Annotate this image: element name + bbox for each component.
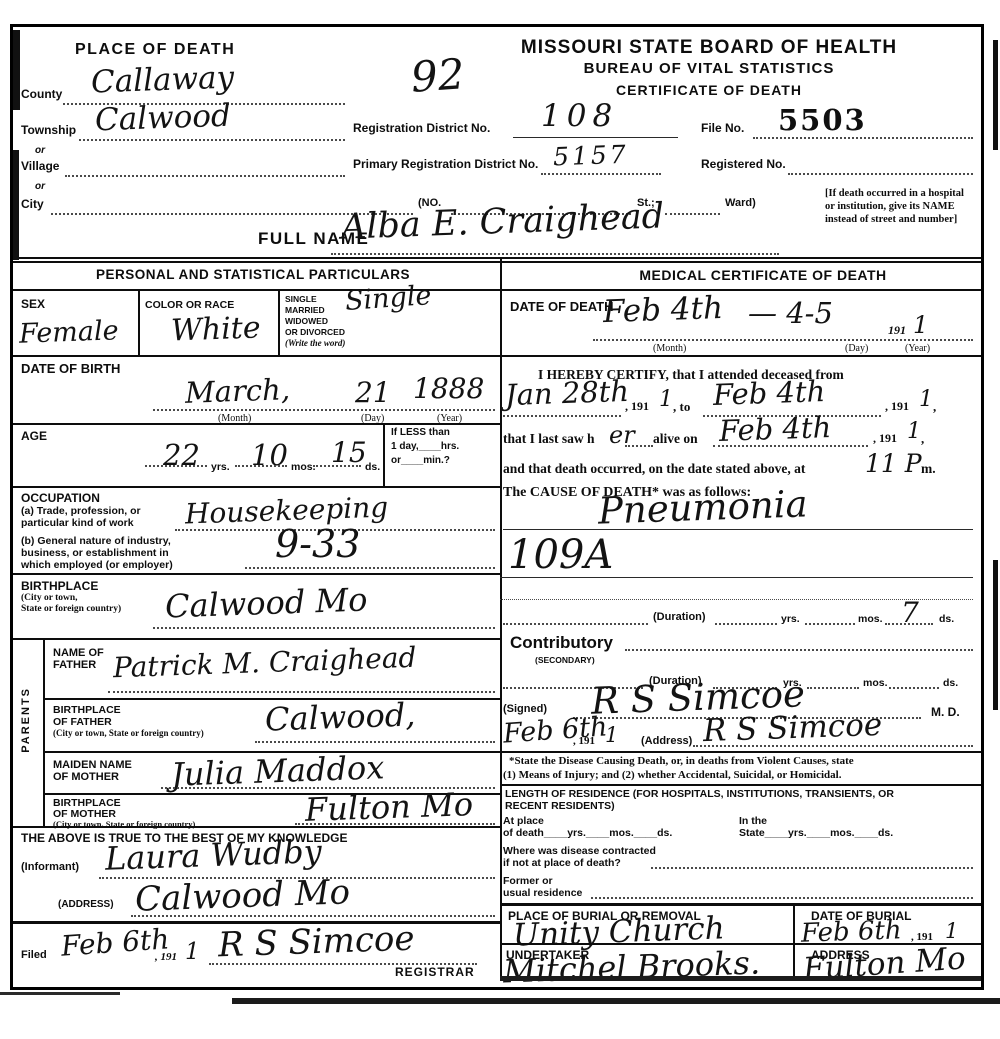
attended-to-value: Feb 4th xyxy=(713,377,826,410)
comma: , xyxy=(921,431,924,447)
footnote-line-2: (1) Means of Injury; and (2) whether Acc… xyxy=(503,769,841,781)
burial-year-printed: , 191 xyxy=(911,931,933,943)
former-line xyxy=(591,897,973,899)
attended-from-value: Jan 28th xyxy=(505,377,630,410)
dod-day-caption: (Day) xyxy=(845,343,868,354)
reg-district-value: 108 xyxy=(541,101,618,132)
village-label: Village xyxy=(21,159,59,173)
at-place-label-2: of death____yrs.____mos.____ds. xyxy=(503,827,672,839)
certificate-frame: PLACE OF DEATH County Callaway Township … xyxy=(10,24,984,990)
dod-year-caption: (Year) xyxy=(905,343,930,354)
primary-district-value: 5157 xyxy=(553,142,629,170)
dob-line xyxy=(153,409,495,411)
former-label-2: usual residence xyxy=(503,887,582,899)
father-bp-sub: (City or town, State or foreign country) xyxy=(53,728,204,738)
ward-line xyxy=(665,213,720,215)
father-name-line xyxy=(108,691,495,693)
duration-mos-label: mos. xyxy=(858,613,883,625)
color-race-value: White xyxy=(171,313,262,346)
registered-no-line xyxy=(788,173,973,175)
residence-title-2: RECENT RESIDENTS) xyxy=(505,800,615,812)
village-line xyxy=(65,175,345,177)
dod-month-value: Feb 4th xyxy=(602,293,723,328)
physician-address-line xyxy=(693,745,973,747)
full-name-line xyxy=(331,253,779,255)
mother-bp-line xyxy=(295,823,495,825)
cell-divider xyxy=(138,291,140,355)
row-line xyxy=(13,638,500,640)
personal-section-title: PERSONAL AND STATISTICAL PARTICULARS xyxy=(33,267,473,282)
dod-month-caption: (Month) xyxy=(653,343,686,354)
age-label: AGE xyxy=(21,429,47,443)
certificate-title: CERTIFICATE OF DEATH xyxy=(443,82,975,98)
md-label: M. D. xyxy=(931,705,960,719)
informant-address-value: Calwood Mo xyxy=(134,875,350,916)
scan-artifact xyxy=(993,40,998,150)
signed-label: (Signed) xyxy=(503,703,547,715)
mother-bp-value: Fulton Mo xyxy=(304,788,473,826)
file-no-label: File No. xyxy=(701,121,744,135)
father-bp-label-2: OF FATHER xyxy=(53,716,112,728)
sex-value: Female xyxy=(19,317,119,347)
mother-name-label-2: OF MOTHER xyxy=(53,771,119,783)
ds-label: ds. xyxy=(365,461,380,473)
cause-code-line xyxy=(500,577,973,578)
registrar-signature: R S Simcoe xyxy=(217,922,415,963)
duration2-ds-label: ds. xyxy=(943,677,958,689)
scan-artifact xyxy=(232,998,1000,1004)
birthplace-label: BIRTHPLACE xyxy=(21,579,98,593)
row-line xyxy=(13,355,500,357)
row-line xyxy=(500,784,981,786)
row-line xyxy=(13,423,500,425)
duration2-ds-line xyxy=(889,687,939,689)
saw-line xyxy=(713,445,868,447)
filed-label: Filed xyxy=(21,949,47,961)
city-label: City xyxy=(21,197,44,211)
at-place-label-1: At place xyxy=(503,815,544,827)
comma: , xyxy=(933,399,936,415)
occupation-a-label-1: (a) Trade, profession, or xyxy=(21,505,141,517)
burial-year-handwritten: 1 xyxy=(945,921,958,942)
age-line xyxy=(313,465,361,467)
undertaker-value: Mitchel Brooks. xyxy=(503,947,761,988)
contributory-line xyxy=(625,649,973,651)
m-label: m. xyxy=(921,461,936,477)
contracted-label-2: if not at place of death? xyxy=(503,857,621,869)
father-bp-line xyxy=(255,741,495,743)
filed-date-value: Feb 6th xyxy=(60,925,170,960)
page-number-handwritten: 92 xyxy=(410,53,466,99)
informant-address-line xyxy=(131,915,495,917)
occupation-b-label-2: business, or establishment in xyxy=(21,547,169,559)
reg-district-line xyxy=(513,137,678,138)
registered-no-label: Registered No. xyxy=(701,157,786,171)
mother-name-label-1: MAIDEN NAME xyxy=(53,759,132,771)
county-label: County xyxy=(21,87,62,101)
primary-district-line xyxy=(541,173,661,175)
divider-line xyxy=(13,261,981,263)
township-label: Township xyxy=(21,123,76,137)
birthplace-sub-1: (City or town, xyxy=(21,593,78,603)
medical-section-title: MEDICAL CERTIFICATE OF DEATH xyxy=(573,267,953,283)
father-name-value: Patrick M. Craighead xyxy=(113,644,417,683)
contracted-label-1: Where was disease contracted xyxy=(503,845,656,857)
cell-divider xyxy=(383,423,385,486)
place-of-death-title: PLACE OF DEATH xyxy=(75,41,235,59)
age-line xyxy=(235,465,287,467)
saw-year-printed: , 191 xyxy=(873,431,897,446)
informant-label: (Informant) xyxy=(21,861,79,873)
column-divider xyxy=(500,259,502,981)
duration-yrs-line xyxy=(715,623,777,625)
full-name-value: Alba E. Craighead xyxy=(340,199,664,245)
from-year-handwritten: 1 xyxy=(659,389,673,411)
occupation-label: OCCUPATION xyxy=(21,491,100,505)
duration-ds-label: ds. xyxy=(939,613,954,625)
cause-code-value: 109A xyxy=(508,535,613,575)
signed-year-handwritten: 1 xyxy=(605,725,618,746)
dod-day-value: — 4-5 xyxy=(748,299,833,328)
ifless-label-1: If LESS than xyxy=(391,427,450,438)
in-state-label-2: State____yrs.____mos.____ds. xyxy=(739,827,893,839)
dob-label: DATE OF BIRTH xyxy=(21,361,120,376)
certify-line-4: and that death occurred, on the date sta… xyxy=(503,461,805,477)
hospital-note: [If death occurred in a hospital or inst… xyxy=(825,187,975,226)
marital-label-2: MARRIED xyxy=(285,305,325,315)
ifless-label-3: or____min.? xyxy=(391,455,450,466)
footnote-line-1: *State the Disease Causing Death, or, in… xyxy=(509,755,854,767)
row-line xyxy=(13,826,500,828)
filed-year-handwritten: 1 xyxy=(185,941,200,964)
row-line xyxy=(500,751,981,753)
from-line xyxy=(503,415,621,417)
duration2-mos-label: mos. xyxy=(863,677,888,689)
dod-year-handwritten: 1 xyxy=(913,313,928,337)
township-value: Calwood xyxy=(95,101,232,137)
father-name-label-1: NAME OF xyxy=(53,647,104,659)
duration-lead-line xyxy=(503,623,648,625)
primary-district-label: Primary Registration District No. xyxy=(353,157,538,171)
signed-year-printed: , 191 xyxy=(573,735,595,747)
mos-label: mos. xyxy=(291,461,316,473)
marital-value: Single xyxy=(344,282,432,315)
cause-line xyxy=(503,529,973,530)
township-line xyxy=(79,139,345,141)
row-line xyxy=(500,903,981,906)
marital-note: (Write the word) xyxy=(285,338,345,348)
to-year-handwritten: 1 xyxy=(919,389,933,411)
certify-line-3a: that I last saw h xyxy=(503,431,595,447)
occupation-a-label-2: particular kind of work xyxy=(21,517,134,529)
marital-label-3: WIDOWED xyxy=(285,316,328,326)
mother-name-value: Julia Maddox xyxy=(171,751,385,790)
contributory-label: Contributory xyxy=(510,633,613,653)
yrs-label: yrs. xyxy=(211,461,230,473)
scan-artifact xyxy=(993,560,998,710)
father-bp-label-1: BIRTHPLACE xyxy=(53,704,121,716)
file-no-line xyxy=(753,137,973,139)
cause-of-death-value: Pneumonia xyxy=(597,485,808,529)
certify-line-3b: alive on xyxy=(653,431,698,447)
ifless-label-2: 1 day,____hrs. xyxy=(391,441,459,452)
occupation-b-value: 9-33 xyxy=(275,525,360,563)
bureau-title: BUREAU OF VITAL STATISTICS xyxy=(443,60,975,77)
dob-day-value: 21 xyxy=(355,379,391,407)
last-saw-date-value: Feb 4th xyxy=(719,413,832,446)
age-days-value: 15 xyxy=(331,439,367,467)
dob-year-value: 1888 xyxy=(413,375,484,403)
to-year-printed: , 191 xyxy=(885,399,909,414)
scan-artifact xyxy=(13,150,19,260)
cell-divider xyxy=(278,291,280,355)
dob-month-value: March, xyxy=(185,375,291,408)
duration-mos-line xyxy=(805,623,855,625)
duration2-mos-line xyxy=(807,687,859,689)
from-year-printed: , 191 xyxy=(625,399,649,414)
to-word: , to xyxy=(673,399,690,415)
birthplace-value: Calwood Mo xyxy=(165,583,368,622)
bottom-band xyxy=(500,976,981,981)
duration-ds-line xyxy=(885,623,933,625)
color-race-label: COLOR OR RACE xyxy=(145,299,234,311)
secondary-label: (SECONDARY) xyxy=(535,655,595,665)
ward-label: Ward) xyxy=(725,197,756,209)
row-line xyxy=(13,486,500,488)
marital-label-1: SINGLE xyxy=(285,294,317,304)
parents-side-label: PARENTS xyxy=(20,687,32,753)
age-line xyxy=(145,465,207,467)
county-value: Callaway xyxy=(91,63,235,99)
or-label-2: or xyxy=(35,181,45,192)
father-name-label-2: FATHER xyxy=(53,659,96,671)
registrar-label: REGISTRAR xyxy=(395,965,475,979)
or-label-1: or xyxy=(35,145,45,156)
death-time-value: 11 P xyxy=(865,451,922,476)
file-no-value: 5503 xyxy=(778,103,867,137)
occupation-b-label-1: (b) General nature of industry, xyxy=(21,535,171,547)
birthplace-sub-2: State or foreign country) xyxy=(21,604,121,614)
reg-district-label: Registration District No. xyxy=(353,121,490,135)
filed-year-printed: , 191 xyxy=(155,951,177,963)
dod-label: DATE OF DEATH xyxy=(510,299,614,314)
row-line xyxy=(13,573,500,575)
her-handwritten: er xyxy=(609,423,635,447)
duration-label: (Duration) xyxy=(653,611,706,623)
in-state-label-1: In the xyxy=(739,815,767,827)
duration-yrs-label: yrs. xyxy=(781,613,800,625)
marital-label-4: OR DIVORCED xyxy=(285,327,345,337)
dod-year-printed: 191 xyxy=(888,323,906,338)
parents-divider xyxy=(43,638,45,826)
saw-year-handwritten: 1 xyxy=(907,421,921,443)
informant-value: Laura Wudby xyxy=(105,835,323,875)
divider-line xyxy=(13,257,981,259)
residence-title-1: LENGTH OF RESIDENCE (FOR HOSPITALS, INST… xyxy=(505,788,894,800)
row-line xyxy=(500,355,981,357)
occupation-b-label-3: which employed (or employer) xyxy=(21,559,173,571)
physician-address-label: (Address) xyxy=(641,735,692,747)
board-title: MISSOURI STATE BOARD OF HEALTH xyxy=(443,37,975,59)
burial-divider xyxy=(793,903,795,981)
former-label-1: Former or xyxy=(503,875,553,887)
occupation-b-line xyxy=(245,567,495,569)
contracted-line xyxy=(651,867,973,869)
informant-address-label: (ADDRESS) xyxy=(58,899,114,910)
scan-artifact xyxy=(0,992,120,995)
scan-artifact xyxy=(13,30,20,110)
physician-address-value: R S Simcoe xyxy=(703,710,883,747)
birthplace-line xyxy=(153,627,495,629)
sex-label: SEX xyxy=(21,297,45,311)
divider-line xyxy=(13,289,981,291)
dod-line xyxy=(593,339,973,341)
her-line xyxy=(625,445,653,447)
father-bp-value: Calwood, xyxy=(264,698,415,735)
